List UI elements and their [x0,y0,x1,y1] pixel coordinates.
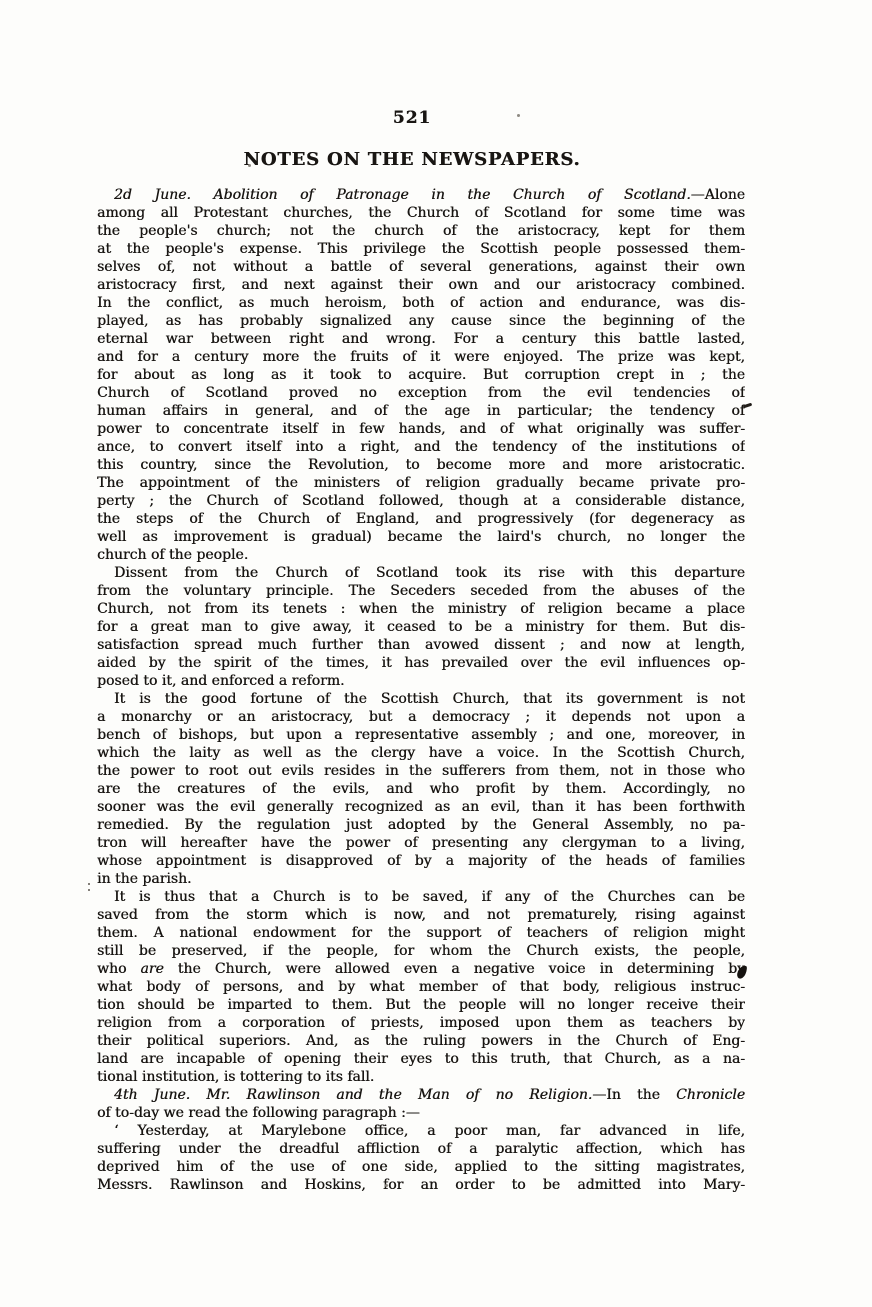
ink-mark-dot [385,1184,388,1187]
text-line: Church, not from its tenets : when the m… [97,600,745,618]
text-line: tion should be imparted to them. But the… [97,996,745,1014]
text-line: The appointment of the ministers of reli… [97,474,745,492]
text-line: deprived him of the use of one side, app… [97,1158,745,1176]
text-line: In the conflict, as much heroism, both o… [97,294,745,312]
text-line: for a great man to give away, it ceased … [97,618,745,636]
paragraph: 2d June. Abolition of Patronage in the C… [97,186,745,564]
text-line: in the parish. [97,870,745,888]
text-line: suffering under the dreadful affliction … [97,1140,745,1158]
text-line: who are the Church, were allowed even a … [97,960,745,978]
text-line: satisfaction spread much further than av… [97,636,745,654]
section-title: NOTES ON THE NEWSPAPERS. [87,149,737,170]
text-line: power to concentrate itself in few hands… [97,420,745,438]
text-line: the power to root out evils resides in t… [97,762,745,780]
text-line: aided by the spirit of the times, it has… [97,654,745,672]
text-line: what body of persons, and by what member… [97,978,745,996]
text-line: ance, to convert itself into a right, an… [97,438,745,456]
text-line: church of the people. [97,546,745,564]
text-line: the steps of the Church of England, and … [97,510,745,528]
text-line: of to-day we read the following paragrap… [97,1104,745,1122]
text-line: them. A national endowment for the suppo… [97,924,745,942]
text-line: It is thus that a Church is to be saved,… [97,888,745,906]
paragraph: ‘ Yesterday, at Marylebone office, a poo… [97,1122,745,1194]
text-line: selves of, not without a battle of sever… [97,258,745,276]
ink-mark-dot [517,114,520,117]
paragraph: It is thus that a Church is to be saved,… [97,888,745,1086]
text-line: and for a century more the fruits of it … [97,348,745,366]
paragraph: It is the good fortune of the Scottish C… [97,690,745,888]
text-line: the people's church; not the church of t… [97,222,745,240]
text-line: Dissent from the Church of Scotland took… [97,564,745,582]
text-line: Church of Scotland proved no exception f… [97,384,745,402]
text-line: this country, since the Revolution, to b… [97,456,745,474]
text-line: 2d June. Abolition of Patronage in the C… [97,186,745,204]
text-line: perty ; the Church of Scotland followed,… [97,492,745,510]
text-line: well as improvement is gradual) became t… [97,528,745,546]
text-line: eternal war between right and wrong. For… [97,330,745,348]
text-line: still be preserved, if the people, for w… [97,942,745,960]
text-line: from the voluntary principle. The Secede… [97,582,745,600]
text-line: ‘ Yesterday, at Marylebone office, a poo… [97,1122,745,1140]
text-line: Messrs. Rawlinson and Hoskins, for an or… [97,1176,745,1194]
text-line: human affairs in general, and of the age… [97,402,745,420]
article-body: 2d June. Abolition of Patronage in the C… [97,186,745,1194]
text-line: which the laity as well as the clergy ha… [97,744,745,762]
text-line: saved from the storm which is now, and n… [97,906,745,924]
text-line: sooner was the evil generally recognized… [97,798,745,816]
text-line: remedied. By the regulation just adopted… [97,816,745,834]
text-line: tional institution, is tottering to its … [97,1068,745,1086]
scanned-page: 521 NOTES ON THE NEWSPAPERS. 2d June. Ab… [0,0,872,1307]
text-line: whose appointment is disapproved of by a… [97,852,745,870]
text-line: for about as long as it took to acquire.… [97,366,745,384]
text-line: a monarchy or an aristocracy, but a demo… [97,708,745,726]
text-line: are the creatures of the evils, and who … [97,780,745,798]
text-line: land are incapable of opening their eyes… [97,1050,745,1068]
page-number: 521 [87,108,737,128]
text-line: 4th June. Mr. Rawlinson and the Man of n… [97,1086,745,1104]
text-line: at the people's expense. This privilege … [97,240,745,258]
text-line: bench of bishops, but upon a representat… [97,726,745,744]
ink-mark-colon [88,883,90,885]
text-line: aristocracy first, and next against thei… [97,276,745,294]
text-line: religion from a corporation of priests, … [97,1014,745,1032]
text-line: It is the good fortune of the Scottish C… [97,690,745,708]
paragraph: Dissent from the Church of Scotland took… [97,564,745,690]
text-line: tron will hereafter have the power of pr… [97,834,745,852]
text-line: among all Protestant churches, the Churc… [97,204,745,222]
text-line: their political superiors. And, as the r… [97,1032,745,1050]
text-line: posed to it, and enforced a reform. [97,672,745,690]
text-line: played, as has probably signalized any c… [97,312,745,330]
ink-mark-dot [248,164,251,167]
paragraph: 4th June. Mr. Rawlinson and the Man of n… [97,1086,745,1122]
